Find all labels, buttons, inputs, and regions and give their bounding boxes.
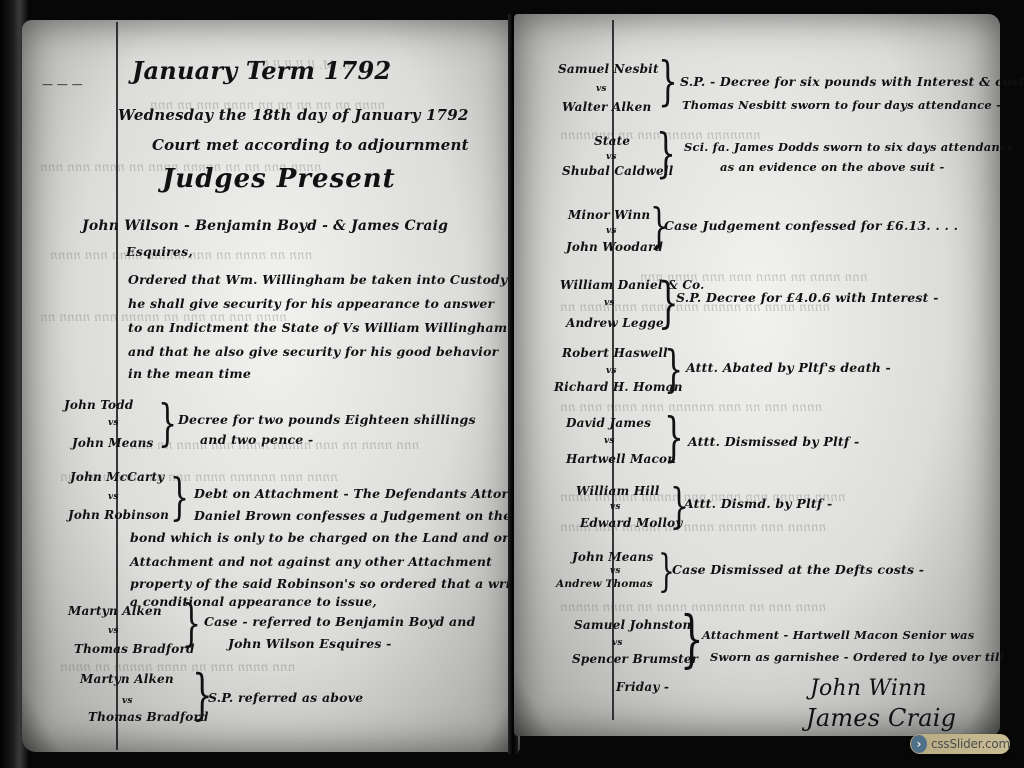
cssslider-watermark-link[interactable]: › cssSlider.com — [910, 734, 1010, 754]
case-versus: vs — [610, 502, 621, 512]
case-brace: } — [656, 128, 676, 180]
case-line: property of the said Robinson's so order… — [130, 576, 517, 591]
case-brace: } — [658, 56, 678, 108]
case-brace: } — [182, 598, 201, 648]
esquires-label: Esquires, — [126, 244, 193, 259]
case-defendant: Thomas Bradford — [74, 642, 195, 656]
left-margin-rule — [116, 22, 118, 750]
case-line: Attachment - Hartwell Macon Senior was — [702, 628, 974, 642]
case-plaintiff: Martyn Alken — [80, 672, 174, 686]
chevron-right-icon: › — [911, 735, 927, 753]
case-line: Thomas Nesbitt sworn to four days attend… — [682, 98, 1001, 112]
case-line: as an evidence on the above suit - — [720, 160, 944, 174]
case-plaintiff: John Todd — [64, 398, 133, 412]
case-line: Daniel Brown confesses a Judgement on th… — [194, 508, 511, 523]
case-brace: } — [680, 608, 704, 670]
case-line: Attachment and not against any other Att… — [130, 554, 492, 569]
case-plaintiff: Martyn Alken — [68, 604, 162, 618]
case-defendant: Walter Alken — [562, 100, 651, 114]
case-versus: vs — [604, 436, 615, 446]
judges-present-heading: Judges Present — [162, 164, 396, 194]
case-defendant: Andrew Legge — [566, 316, 664, 330]
case-line: a conditional appearance to issue, — [130, 594, 377, 609]
case-defendant: John Robinson — [68, 508, 169, 522]
case-line: Attt. Dismissed by Pltf - — [688, 434, 859, 449]
case-versus: vs — [108, 492, 119, 502]
case-defendant: Edward Molloy — [580, 516, 683, 530]
signature-john-winn: John Winn — [810, 676, 927, 701]
order-line-1: Ordered that Wm. Willingham be taken int… — [128, 272, 551, 287]
case-plaintiff: Samuel Nesbit — [558, 62, 659, 76]
case-brace: } — [664, 344, 683, 394]
case-defendant: Hartwell Macon — [566, 452, 676, 466]
case-line: and two pence - — [200, 432, 313, 447]
case-brace: } — [170, 472, 189, 522]
order-line-3: to an Indictment the State of Vs William… — [128, 320, 507, 335]
case-line: Sci. fa. James Dodds sworn to six days a… — [684, 140, 1015, 154]
case-versus: vs — [612, 638, 623, 648]
case-plaintiff: State — [594, 134, 630, 148]
case-defendant: John Means — [72, 436, 153, 450]
judges-names-line: John Wilson - Benjamin Boyd - & James Cr… — [82, 218, 448, 234]
case-line: S.P. - Decree for six pounds with Intere… — [680, 74, 1024, 89]
order-line-2: he shall give security for his appearanc… — [128, 296, 494, 311]
case-line: bond which is only to be charged on the … — [130, 530, 509, 545]
case-versus: vs — [596, 84, 607, 94]
slider-stage: ll. M. ll ll ll ll ll ll nnnn nn nn nn n… — [0, 0, 1024, 768]
case-defendant: Thomas Bradford — [88, 710, 209, 724]
case-versus: vs — [606, 226, 617, 236]
case-plaintiff: Minor Winn — [568, 208, 650, 222]
case-brace: } — [158, 398, 177, 448]
case-plaintiff: John Means — [572, 550, 653, 564]
session-date-line: Wednesday the 18th day of January 1792 — [118, 106, 469, 124]
margin-note: — — — — [42, 78, 83, 91]
case-line: S.P. Decree for £4.0.6 with Interest - — [676, 290, 939, 305]
case-plaintiff: David James — [566, 416, 651, 430]
case-line: Case - referred to Benjamin Boyd and — [204, 614, 476, 629]
case-line: Case Dismissed at the Defts costs - — [672, 562, 924, 577]
case-line: Debt on Attachment - The Defendants Atto… — [194, 486, 533, 501]
case-line: Decree for two pounds Eighteen shillings — [178, 412, 476, 427]
order-line-4: and that he also give security for his g… — [128, 344, 498, 359]
case-line: John Wilson Esquires - — [228, 636, 392, 651]
case-versus: vs — [122, 696, 133, 706]
order-line-5: in the mean time — [128, 366, 251, 381]
case-versus: vs — [108, 626, 119, 636]
case-line: Sworn as garnishee - Ordered to lye over… — [710, 650, 1004, 664]
case-brace: } — [664, 412, 684, 464]
case-line: Case Judgement confessed for £6.13. . . … — [664, 218, 958, 233]
case-versus: vs — [606, 366, 617, 376]
case-defendant: Andrew Thomas — [556, 578, 653, 590]
case-continuation: Friday - — [616, 680, 669, 694]
case-line: Attt. Dismd. by Pltf - — [684, 496, 832, 511]
case-versus: vs — [108, 418, 119, 428]
case-plaintiff: Samuel Johnston — [574, 618, 691, 632]
case-line: S.P. referred as above — [208, 690, 363, 705]
case-defendant: John Woodard — [566, 240, 663, 254]
case-line: Attt. Abated by Pltf's death - — [686, 360, 891, 375]
court-met-line: Court met according to adjournment — [152, 136, 469, 154]
case-versus: vs — [606, 152, 617, 162]
case-versus: vs — [604, 298, 615, 308]
case-versus: vs — [610, 566, 621, 576]
case-plaintiff: William Hill — [576, 484, 660, 498]
signature-james-craig: James Craig — [806, 704, 956, 732]
case-plaintiff: Robert Haswell — [562, 346, 668, 360]
case-plaintiff: John McCarty — [70, 470, 164, 484]
watermark-label: cssSlider.com — [931, 737, 1010, 751]
term-title: January Term 1792 — [132, 56, 391, 85]
